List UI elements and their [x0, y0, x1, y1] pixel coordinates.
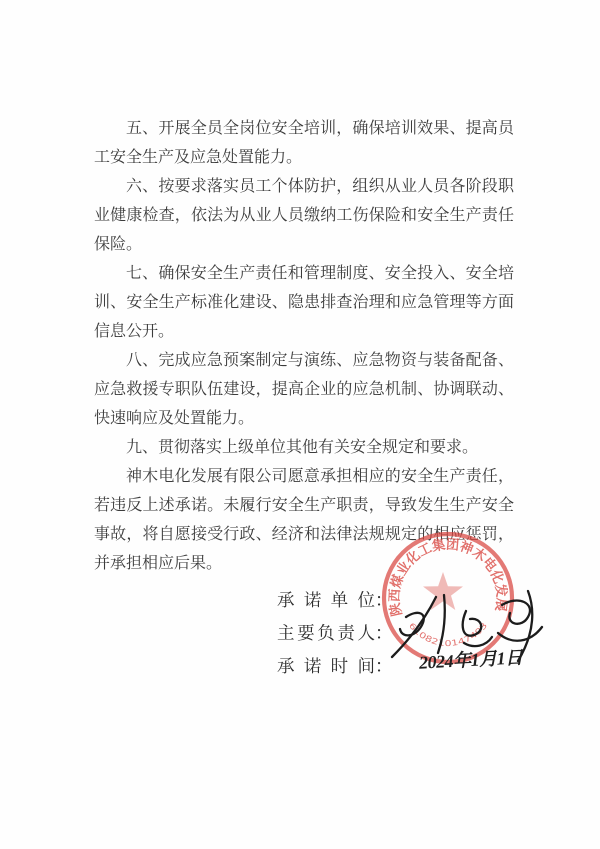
paragraph-item-9: 九、贯彻落实上级单位其他有关安全规定和要求。 — [94, 433, 514, 462]
sign-row-unit: 承诺单位： — [277, 587, 393, 620]
principal-label: 主要负责人 — [277, 620, 375, 645]
sign-row-principal: 主要负责人： — [277, 620, 393, 653]
commit-time-label: 承诺时间 — [277, 653, 375, 678]
signature-block: 承诺单位： 主要负责人： 承诺时间： — [277, 587, 393, 686]
handwritten-date: 2024年1月1日 — [418, 643, 523, 674]
document-body: 五、开展全员全岗位安全培训，确保培训效果、提高员工安全生产及应急处置能力。 六、… — [94, 114, 514, 578]
paragraph-item-7: 七、确保安全生产责任和管理制度、安全投入、安全培训、安全生产标准化建设、隐患排查… — [94, 259, 514, 346]
paragraph-item-8: 八、完成应急预案制定与演练、应急物资与装备配备、应急救援专职队伍建设，提高企业的… — [94, 346, 514, 433]
paragraph-item-5: 五、开展全员全岗位安全培训，确保培训效果、提高员工安全生产及应急处置能力。 — [94, 114, 514, 172]
paragraph-item-6: 六、按要求落实员工个体防护，组织从业人员各阶段职业健康检查，依法为从业人员缴纳工… — [94, 172, 514, 259]
sign-row-date: 承诺时间： — [277, 653, 393, 686]
scanned-page: 五、开展全员全岗位安全培训，确保培训效果、提高员工安全生产及应急处置能力。 六、… — [0, 0, 600, 849]
commit-unit-label: 承诺单位 — [277, 587, 375, 612]
